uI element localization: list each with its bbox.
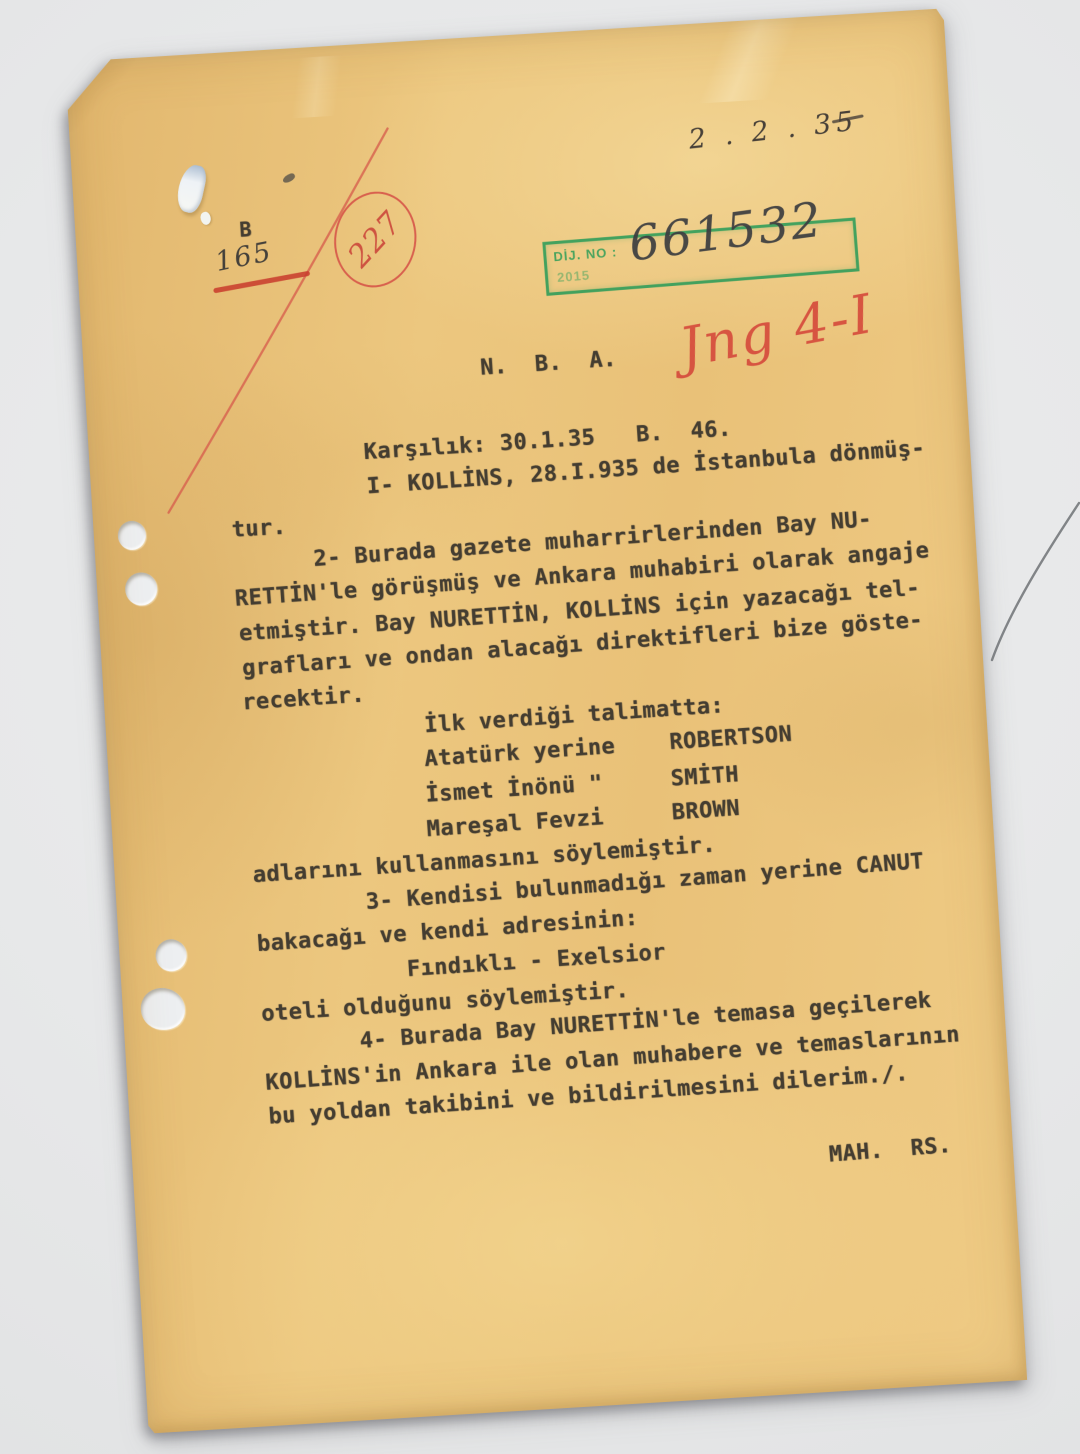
punch-hole xyxy=(124,572,158,607)
typed-body: Karşılık: 30.1.35 B. 46. I- KOLLİNS, 28.… xyxy=(227,402,965,1135)
document-title: N. B. A. xyxy=(480,347,618,381)
handwritten-date: 2 . 2 . 35 xyxy=(687,105,860,155)
punch-hole xyxy=(155,938,188,972)
paper-crease xyxy=(185,49,448,125)
document-paper: 2 . 2 . 35 B 165 227 DİJ. NO : 2015 6615… xyxy=(65,8,1027,1433)
document-paper-wrap: 2 . 2 . 35 B 165 227 DİJ. NO : 2015 6615… xyxy=(65,8,1027,1433)
paper-tear-damage xyxy=(199,211,212,226)
circled-number-text: 227 xyxy=(341,204,410,274)
signature-initials: MAH. RS. xyxy=(828,1133,952,1168)
punch-hole xyxy=(117,520,147,551)
stamp-label: DİJ. NO : xyxy=(553,244,618,264)
red-circled-number: 227 xyxy=(328,186,423,293)
stamp-sub-label: 2015 xyxy=(557,267,591,285)
file-number-pencil: 165 xyxy=(213,236,276,278)
folded-corner xyxy=(65,58,139,132)
file-letter: B xyxy=(239,217,253,242)
scan-stage: 2 . 2 . 35 B 165 227 DİJ. NO : 2015 6615… xyxy=(0,0,1080,1454)
red-class-mark: Jng 4-I xyxy=(675,282,879,380)
ink-speck xyxy=(282,172,297,184)
punch-hole-torn xyxy=(140,987,186,1032)
paper-crease xyxy=(604,12,888,109)
paper-tear-damage xyxy=(174,163,209,215)
